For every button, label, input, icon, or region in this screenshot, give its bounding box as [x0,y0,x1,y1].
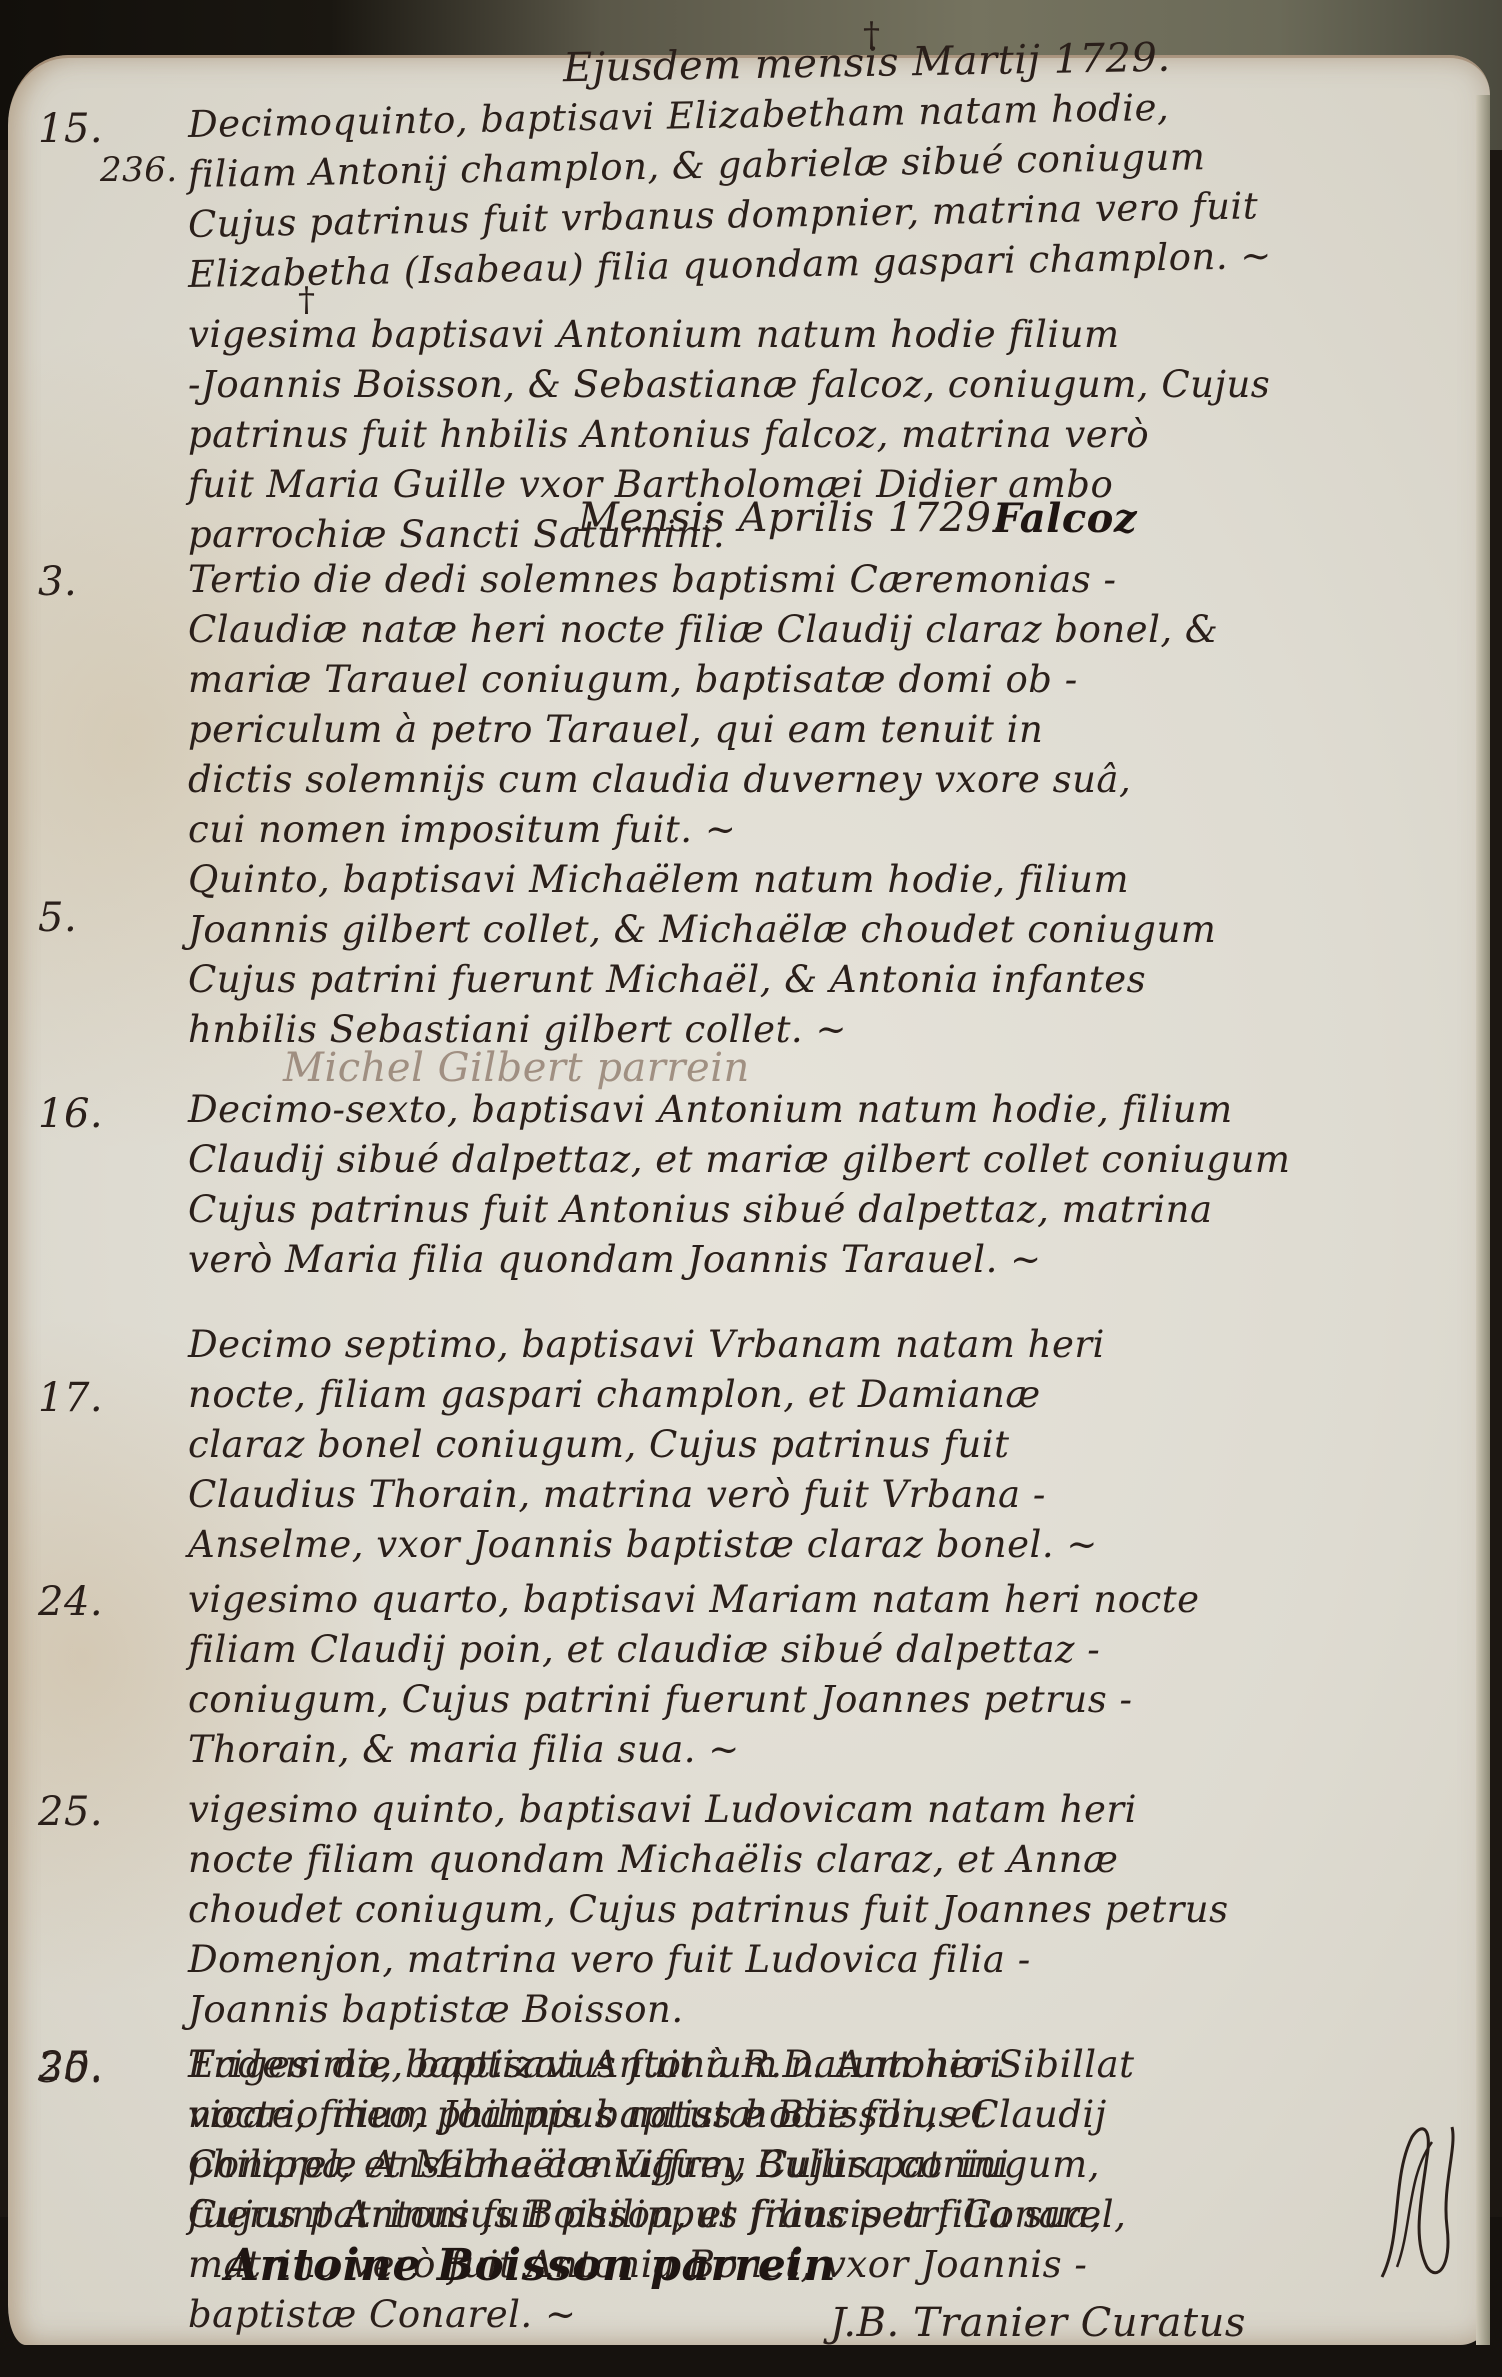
entry-line: Claudiæ natæ heri nocte filiæ Claudij cl… [188,605,1478,655]
entry-date: 25. [38,1789,103,1835]
entry-line: vigesimo quinto, baptisavi Ludovicam nat… [188,1785,1478,1835]
entry-date: 30. [38,2046,103,2092]
entry-line: -Joannis Boisson, & Sebastianæ falcoz, c… [188,360,1478,410]
entry-text: vigesimo quarto, baptisavi Mariam natam … [188,1575,1478,1775]
signature-curate: J.B. Tranier Curatus [830,2300,1246,2346]
entry-line: patrinus fuit hnbilis Antonius falcoz, m… [188,410,1478,460]
entry-text: vigesimo quinto, baptisavi Ludovicam nat… [188,1785,1478,2035]
manuscript-page: 236. † Ejusdem mensis Martij 1729. 15. D… [8,55,1490,2345]
entry-line: choudet coniugum, Cujus patrinus fuit Jo… [188,1885,1478,1935]
entry-line: Trigesimo, baptisavi Antonium natum heri [188,2040,1478,2090]
entry-text: Decimo septimo, baptisavi Vrbanam natam … [188,1320,1478,1570]
entry-text: Trigesimo, baptisavi Antonium natum heri… [188,2040,1478,2240]
entry-line: Decimo-sexto, baptisavi Antonium natum h… [188,1085,1478,1135]
entry-line: Cujus patrini fuerunt Michaël, & Antonia… [188,955,1478,1005]
entry-line: Domenjon, matrina vero fuit Ludovica fil… [188,1935,1478,1985]
entry-line: Quinto, baptisavi Michaëlem natum hodie,… [188,855,1478,905]
entry-line: fuerunt Antonius Boisson, et francisca f… [188,2190,1478,2240]
heading-march: Ejusdem mensis Martij 1729. [563,35,1171,92]
entry-line: Tertio die dedi solemnes baptismi Cæremo… [188,555,1478,605]
entry-line: verò Maria filia quondam Joannis Tarauel… [188,1235,1478,1285]
entry-line: nocte filiam quondam Michaëlis claraz, e… [188,1835,1478,1885]
entry-line: periculum à petro Tarauel, qui eam tenui… [188,705,1478,755]
page-edge [1476,95,1490,2345]
entry-line: filiam Claudij poin, et claudiæ sibué da… [188,1625,1478,1675]
entry-date: 3. [38,559,77,605]
entry-line: Anselme, vxor Joannis baptistæ claraz bo… [188,1520,1478,1570]
entry-date: 17. [38,1375,103,1421]
entry-text: Decimo-sexto, baptisavi Antonium natum h… [188,1085,1478,1285]
entry-line: Thorain, & maria filia sua. ~ [188,1725,1478,1775]
entry-line: Claudius Thorain, matrina verò fuit Vrba… [188,1470,1478,1520]
entry-line: nocte, filium Joannis baptistæ Boisson, … [188,2090,1478,2140]
entry-line: Joannis gilbert collet, & Michaëlæ choud… [188,905,1478,955]
entry-date: 15. [38,106,103,152]
entry-line: coniugum, Cujus patrini fuerunt Joannes … [188,1675,1478,1725]
entry-date: 5. [38,895,77,941]
entry-text: Decimoquinto, baptisavi Elizabetham nata… [188,100,1478,300]
entry-date: 16. [38,1091,103,1137]
entry-line: Cujus patrinus fuit Antonius sibué dalpe… [188,1185,1478,1235]
signature-flourish-icon [1372,2117,1462,2287]
entry-line: nocte, filiam gaspari champlon, et Damia… [188,1370,1478,1420]
entry-line: cui nomen impositum fuit. ~ [188,805,1478,855]
entry-line: Joannis baptistæ Boisson. [188,1985,1478,2035]
entry-text: Tertio die dedi solemnes baptismi Cæremo… [188,555,1478,855]
entry-line: mariæ Tarauel coniugum, baptisatæ domi o… [188,655,1478,705]
signature-falcoz: Falcoz [993,495,1137,542]
page-number: 236. [100,150,178,190]
entry-line: vigesima baptisavi Antonium natum hodie … [188,310,1478,360]
entry-text: Quinto, baptisavi Michaëlem natum hodie,… [188,855,1478,1055]
heading-april: Mensis Aprilis 1729. [578,495,1005,541]
signature-antoine-boisson: Antoine Boisson parrein [225,2240,836,2291]
entry-line: Claudij sibué dalpettaz, et mariæ gilber… [188,1135,1478,1185]
entry-line: vigesimo quarto, baptisavi Mariam natam … [188,1575,1478,1625]
entry-line: philippæ Anselme coniugum, Cujus patrini [188,2140,1478,2190]
entry-line: claraz bonel coniugum, Cujus patrinus fu… [188,1420,1478,1470]
entry-line: Decimo septimo, baptisavi Vrbanam natam … [188,1320,1478,1370]
entry-line: dictis solemnijs cum claudia duverney vx… [188,755,1478,805]
entry-date: 24. [38,1579,103,1625]
